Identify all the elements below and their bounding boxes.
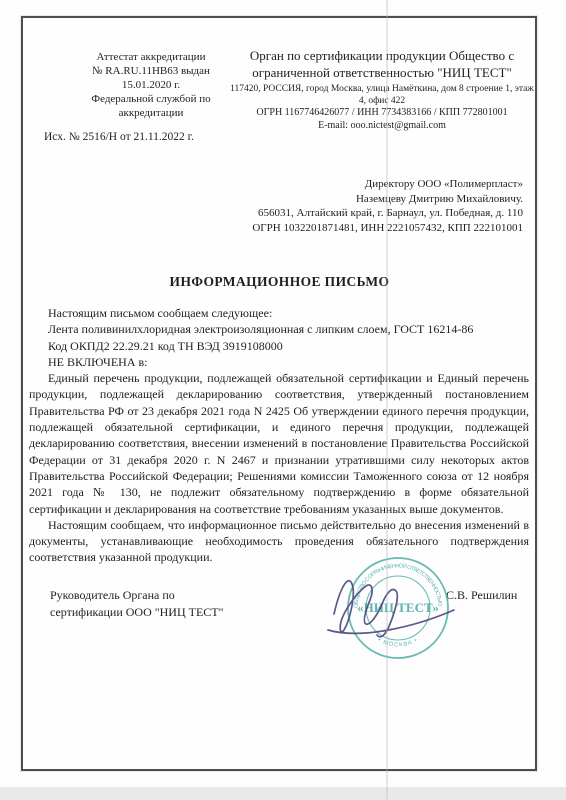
- addressee-line: Директору ООО «Полимерпласт»: [200, 177, 523, 192]
- document-title: ИНФОРМАЦИОННОЕ ПИСЬМО: [22, 274, 537, 290]
- accreditation-block: Аттестат аккредитации № RA.RU.11НВ63 выд…: [47, 50, 255, 120]
- body-paragraph: Код ОКПД2 22.29.21 код ТН ВЭД 3919108000: [29, 338, 529, 354]
- accreditation-line: Федеральной службой по: [47, 92, 255, 106]
- body-paragraph: Единый перечень продукции, подлежащей об…: [29, 370, 529, 517]
- addressee-block: Директору ООО «Полимерпласт» Наземцеву Д…: [200, 177, 523, 235]
- body-paragraph: Настоящим сообщаем, что информационное п…: [29, 517, 529, 566]
- body-paragraph: НЕ ВКЛЮЧЕНА в:: [29, 354, 529, 370]
- letter-body: Настоящим письмом сообщаем следующее: Ле…: [29, 305, 529, 566]
- org-title: Орган по сертификации продукции Общество…: [226, 48, 538, 81]
- addressee-line: Наземцеву Дмитрию Михайловичу.: [200, 192, 523, 207]
- signatory-role-line: Руководитель Органа по: [50, 587, 224, 604]
- body-paragraph: Настоящим письмом сообщаем следующее:: [29, 305, 529, 321]
- signatory-role-line: сертификации ООО "НИЦ ТЕСТ": [50, 604, 224, 621]
- org-address: 117420, РОССИЯ, город Москва, улица Намё…: [226, 83, 538, 107]
- body-paragraph: Лента поливинилхлоридная электроизоляцио…: [29, 321, 529, 337]
- accreditation-line: аккредитации: [47, 106, 255, 120]
- org-header-block: Орган по сертификации продукции Общество…: [226, 48, 538, 132]
- org-email: E-mail: ooo.nictest@gmail.com: [226, 120, 538, 133]
- outgoing-reference: Исх. № 2516/Н от 21.11.2022 г.: [44, 131, 194, 143]
- org-registration-numbers: ОГРН 1167746426077 / ИНН 7734383166 / КП…: [226, 107, 538, 120]
- accreditation-line: № RA.RU.11НВ63 выдан: [47, 64, 255, 78]
- addressee-line: 656031, Алтайский край, г. Барнаул, ул. …: [200, 206, 523, 221]
- accreditation-line: 15.01.2020 г.: [47, 78, 255, 92]
- addressee-line: ОГРН 1032201871481, ИНН 2221057432, КПП …: [200, 221, 523, 236]
- handwritten-signature-icon: [322, 566, 467, 652]
- accreditation-line: Аттестат аккредитации: [47, 50, 255, 64]
- signatory-role: Руководитель Органа по сертификации ООО …: [50, 587, 224, 621]
- scanner-edge-strip: [0, 787, 566, 800]
- scan-fold-line: [386, 0, 388, 800]
